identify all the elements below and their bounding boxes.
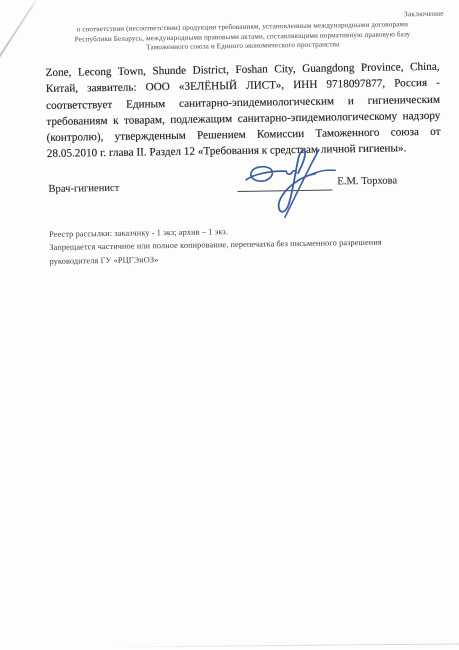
document-title: Заключение xyxy=(404,9,444,19)
signature-ink-icon xyxy=(240,142,341,222)
signature-stroke xyxy=(278,150,316,212)
document-content: Заключение о соответствии (несоответстви… xyxy=(0,0,459,650)
signer-role: Врач-гигиенист xyxy=(48,183,119,195)
document-page: Заключение о соответствии (несоответстви… xyxy=(0,0,459,650)
signature-stroke xyxy=(284,150,320,218)
signer-name: Е.М. Торхова xyxy=(337,175,397,187)
document-subtitle: о соответствии (несоответствии) продукци… xyxy=(28,19,457,55)
footer-notes: Реестр рассылки: заказчику - 1 экз; архи… xyxy=(49,222,450,268)
